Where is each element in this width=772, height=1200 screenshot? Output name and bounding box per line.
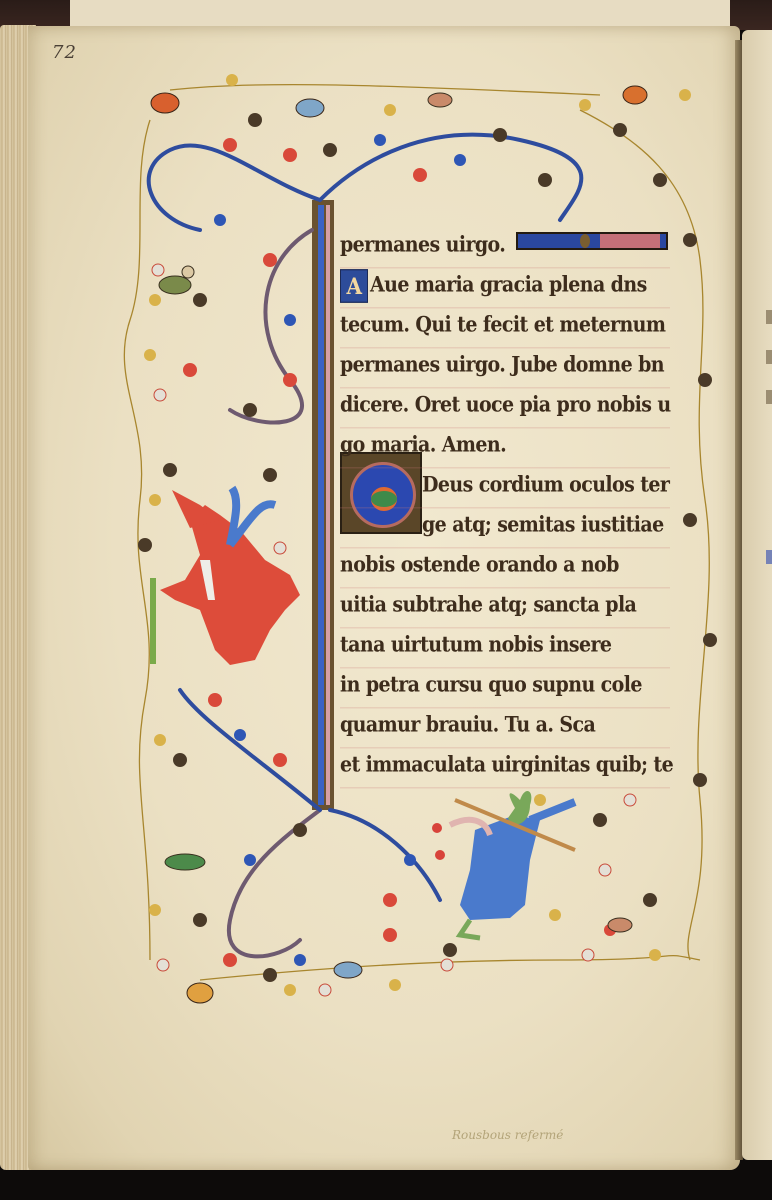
text-line: ge atq; semitas iustitiae [340, 504, 670, 549]
text-line: quamur brauiu. Tu a. Sca [340, 704, 670, 749]
text-line: nobis ostende orando a nob [340, 544, 670, 589]
text-line: tecum. Qui te fecit et meternum [340, 304, 670, 349]
text-line: AAue maria gracia plena dns [340, 264, 670, 309]
text-block: permanes uirgo. AAue maria gracia plena … [340, 226, 670, 786]
text-line: Deus cordium oculos ter [340, 464, 670, 509]
text-line: permanes uirgo. [340, 224, 670, 269]
text-line: tana uirtutum nobis insere [340, 624, 670, 669]
text-line: in petra cursu quo supnu cole [340, 664, 670, 709]
text-line-content: Aue maria gracia plena dns [370, 273, 647, 298]
text-line: et immaculata uirginitas quib; te [340, 744, 670, 789]
text-line: uitia subtrahe atq; sancta pla [340, 584, 670, 629]
decorated-initial-a: A [340, 269, 368, 303]
text-line: permanes uirgo. Jube domne bn [340, 344, 670, 389]
red-creature-figure [150, 488, 300, 665]
marginal-pencil-note: Rousbous refermé [452, 1128, 563, 1142]
text-line: dicere. Oret uoce pia pro nobis u [340, 384, 670, 429]
text-line: go maria. Amen. [340, 424, 670, 469]
